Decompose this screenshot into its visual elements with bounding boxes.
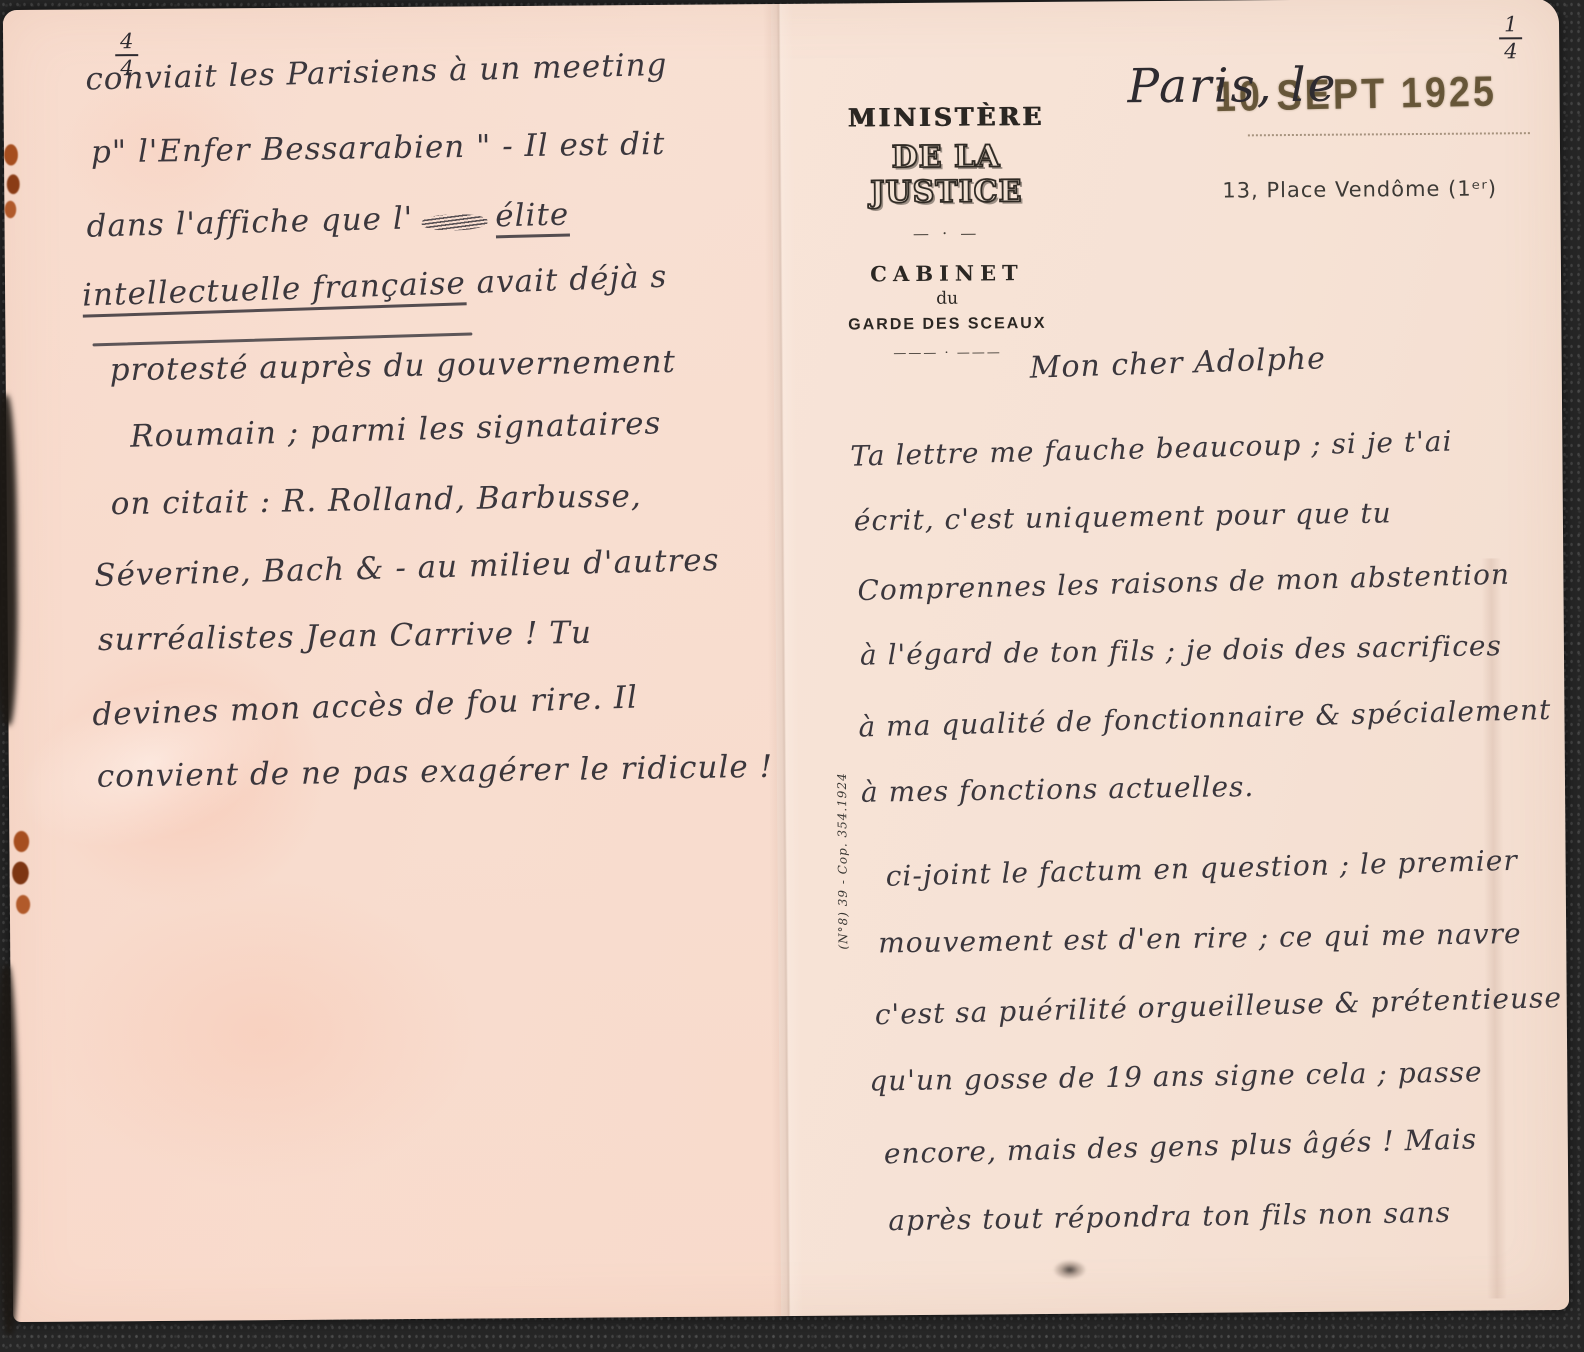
salutation: Mon cher Adolphe [1029, 342, 1326, 386]
ink-smudge [1053, 1260, 1087, 1280]
handwriting-line: qu'un gosse de 19 ans signe cela ; passe [869, 1056, 1483, 1097]
scanner-edge-shadow [0, 965, 19, 1335]
ministry-letterhead: MINISTÈRE DE LA JUSTICE — · — CABINET du… [841, 102, 1053, 362]
letterhead-ornament: — · — [842, 223, 1052, 244]
printer-imprint: (N°8) 39 - Cop. 354.1924 [835, 729, 855, 949]
handwriting-line: on citait : R. Rolland, Barbusse, [111, 479, 642, 523]
letterhead-ministere: MINISTÈRE [841, 102, 1051, 133]
rust-stain [9, 828, 34, 918]
letterhead-de-la-justice: DE LA JUSTICE [841, 139, 1052, 211]
underlined-word: élite [495, 196, 570, 238]
handwriting-line: écrit, c'est uniquement pour que tu [854, 497, 1392, 537]
handwriting-line: Roumain ; parmi les signataires [130, 406, 662, 455]
handwriting-line: Séverine, Bach & - au milieu d'autres [94, 543, 720, 594]
letterhead-cabinet: CABINET [842, 260, 1052, 287]
emphasis-underline-stroke [93, 332, 473, 346]
handwriting-line: surréalistes Jean Carrive ! Tu [98, 616, 593, 659]
handwriting-line: dans l'affiche que l'élite [86, 197, 570, 245]
handwriting-line: conviait les Parisiens à un meeting [85, 48, 668, 98]
handwriting-line: Ta lettre me fauche beaucoup ; si je t'a… [850, 426, 1453, 473]
handwriting-line: à mes fonctions actuelles. [861, 771, 1255, 809]
handwriting-line: intellectuelle française avait déjà s [82, 260, 668, 315]
handwriting-line: protesté auprès du gouvernement [109, 345, 676, 389]
page-number-right: 1 4 [1499, 14, 1523, 62]
underlined-words: intellectuelle française [82, 265, 467, 317]
letterhead-address: 13, Place Vendôme (1ᵉʳ) [1222, 176, 1497, 202]
page-number-numerator: 4 [120, 31, 134, 52]
letterhead-ornament: ——— · ——— [843, 345, 1053, 362]
center-fold-crease [763, 4, 803, 1316]
handwriting-line: encore, mais des gens plus âgés ! Mais [884, 1123, 1478, 1170]
paper-blotch [46, 876, 478, 1189]
handwriting-line: c'est sa puérilité orgueilleuse & préten… [874, 982, 1562, 1032]
handwriting-line: mouvement est d'en rire ; ce qui me navr… [878, 918, 1522, 960]
letter-paper: 4 4 conviait les Parisiens à un meeting … [3, 0, 1569, 1322]
handwriting-segment: avait déjà s [465, 259, 668, 301]
handwriting-line: convient de ne pas exagérer le ridicule … [97, 750, 774, 796]
handwriting-line: Comprennes les raisons de mon abstention [857, 559, 1510, 608]
handwriting-line: après tout répondra ton fils non sans [888, 1197, 1451, 1238]
handwriting-line: devines mon accès de fou rire. Il [92, 681, 639, 734]
rust-stain [2, 138, 23, 222]
handwriting-line: à l'égard de ton fils ; je dois des sacr… [860, 630, 1502, 672]
page-number-denominator: 4 [1499, 37, 1523, 62]
dateline-city: Paris, le [1127, 58, 1337, 115]
letterhead-du: du [842, 288, 1052, 310]
letterhead-garde-des-sceaux: GARDE DES SCEAUX [842, 315, 1052, 335]
handwriting-line: p" l'Enfer Bessarabien " - Il est dit [91, 127, 666, 171]
handwriting-line: ci-joint le factum en question ; le prem… [885, 845, 1518, 893]
scribbled-out-word [421, 214, 487, 232]
page-number-numerator: 1 [1504, 14, 1518, 35]
handwriting-line: à ma qualité de fonctionnaire & spéciale… [858, 694, 1552, 744]
scanner-edge-shadow [0, 395, 18, 725]
handwriting-segment: dans l'affiche que l' [86, 200, 414, 244]
scanned-letter-spread: 4 4 conviait les Parisiens à un meeting … [0, 0, 1584, 1352]
